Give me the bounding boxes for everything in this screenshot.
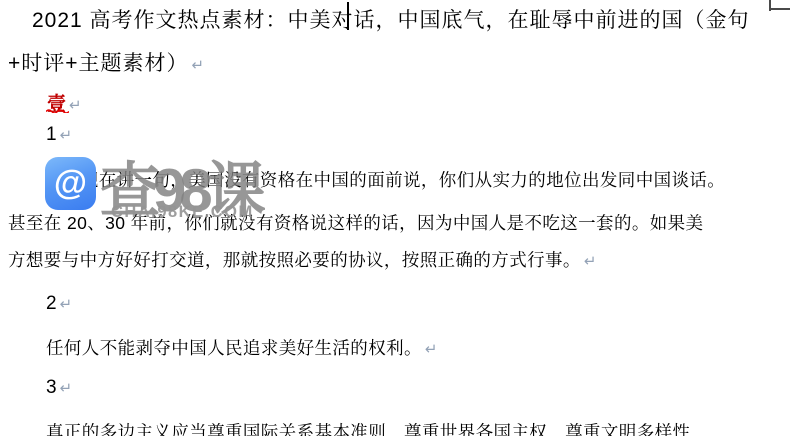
list-number-2-text[interactable]: 2: [46, 293, 57, 314]
paragraph-mark-icon: ↵: [60, 296, 73, 313]
paragraph-mark-icon: ↵: [192, 57, 206, 74]
paragraph-1-line-3[interactable]: 方想要与中方好好打交道，那就按照必要的协议，按照正确的方式行事。↵: [8, 247, 597, 272]
paragraph-mark-icon: ↵: [69, 97, 82, 114]
paragraph-mark-icon: ↵: [60, 127, 73, 144]
paragraph-2-text[interactable]: 任何人不能剥夺中国人民追求美好生活的权利。: [46, 338, 422, 358]
paragraph-2-line-1[interactable]: 任何人不能剥夺中国人民追求美好生活的权利。↵: [46, 335, 438, 360]
page-corner-mark-icon: [771, 8, 790, 10]
spellcheck-squiggle-icon: [46, 108, 69, 113]
list-number-2[interactable]: 2↵: [46, 293, 72, 315]
paragraph-mark-icon: ↵: [425, 341, 438, 358]
paragraph-mark-icon: ↵: [60, 380, 73, 397]
cha98ke-logo-icon: @: [45, 157, 96, 210]
list-number-1-text[interactable]: 1: [46, 124, 57, 145]
document-title-line2-text[interactable]: +时评+主题素材）: [8, 52, 189, 75]
document-title-line2[interactable]: +时评+主题素材）↵: [8, 47, 205, 77]
paragraph-1-line-3-text[interactable]: 方想要与中方好好打交道，那就按照必要的协议，按照正确的方式行事。: [8, 250, 581, 270]
watermark-text-small: CHA.98KE.COM: [111, 203, 254, 222]
cha98ke-logo-glyph: @: [54, 166, 87, 200]
paragraph-3-line-1[interactable]: 真正的多边主义应当尊重国际关系基本准则，尊重世界各国主权，尊重文明多样性，: [46, 419, 708, 436]
paragraph-mark-icon: ↵: [584, 253, 597, 270]
list-number-3[interactable]: 3↵: [46, 377, 72, 399]
text-cursor: [347, 2, 349, 30]
word-document-page[interactable]: { "title": { "line1": "2021 高考作文热点素材：中美对…: [0, 0, 790, 436]
document-title-line1[interactable]: 2021 高考作文热点素材：中美对话，中国底气，在耻辱中前进的国（金句: [32, 4, 750, 34]
list-number-3-text[interactable]: 3: [46, 377, 57, 398]
list-number-1[interactable]: 1↵: [46, 124, 72, 146]
